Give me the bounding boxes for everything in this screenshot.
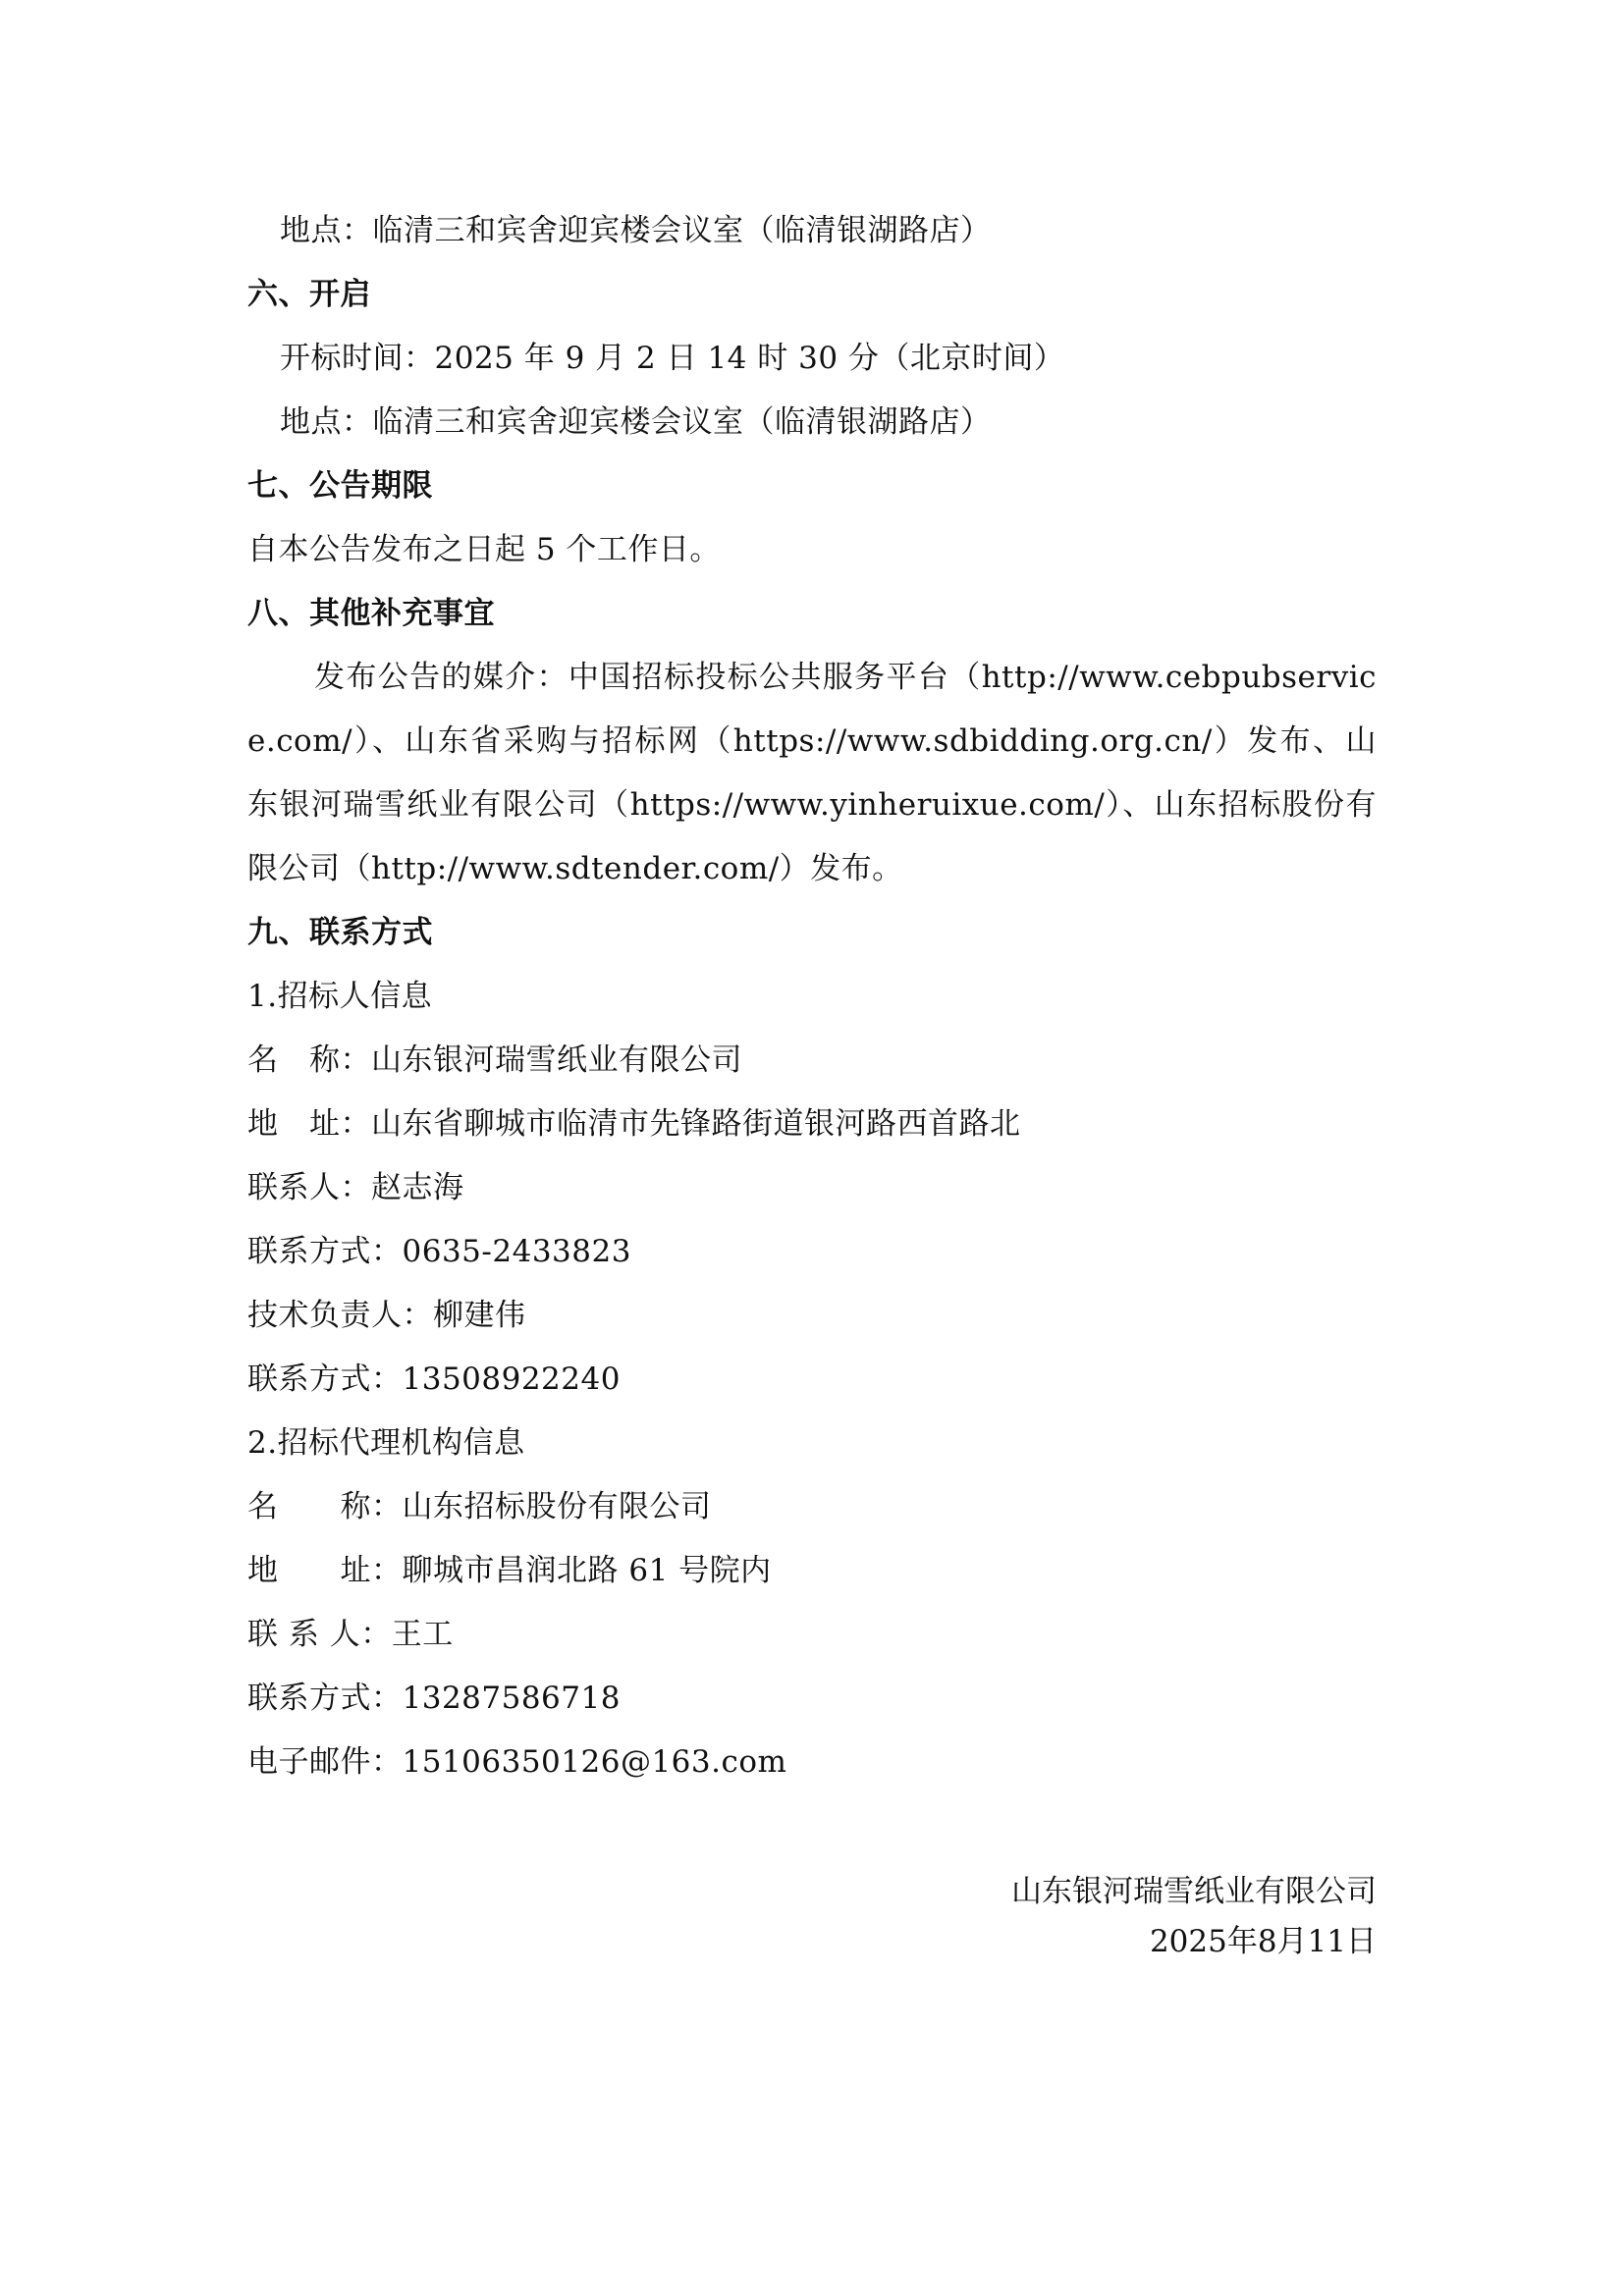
- tenderer-name: 名 称：山东银河瑞雪纸业有限公司: [247, 1029, 1377, 1093]
- media-paragraph-line-4: 限公司（http://www.sdtender.com/）发布。: [247, 837, 1377, 901]
- opening-time-line: 开标时间：2025 年 9 月 2 日 14 时 30 分（北京时间）: [280, 327, 1409, 391]
- section-9-heading: 九、联系方式: [247, 901, 1377, 965]
- agency-name: 名 称：山东招标股份有限公司: [247, 1475, 1377, 1539]
- tenderer-contact-phone: 联系方式：0635-2433823: [247, 1220, 1377, 1284]
- venue-location-line: 地点：临清三和宾舍迎宾楼会议室（临清银湖路店）: [280, 199, 1409, 263]
- section-8-heading: 八、其他补充事宜: [247, 582, 1377, 646]
- section-7-heading: 七、公告期限: [247, 454, 1377, 518]
- tenderer-address: 地 址：山东省聊城市临清市先锋路街道银河路西首路北: [247, 1093, 1377, 1156]
- media-paragraph-line-1: 发布公告的媒介：中国招标投标公共服务平台（http://www.cebpubse…: [314, 646, 1377, 710]
- document-page: 地点：临清三和宾舍迎宾楼会议室（临清银湖路店） 六、开启 开标时间：2025 年…: [0, 0, 1624, 2296]
- agency-contact-person: 联 系 人：王工: [247, 1603, 1377, 1667]
- signature-company: 山东银河瑞雪纸业有限公司: [1011, 1866, 1377, 1917]
- signature-date: 2025年8月11日: [1150, 1916, 1377, 1967]
- tenderer-tech-lead: 技术负责人：柳建伟: [247, 1284, 1377, 1348]
- section-6-heading: 六、开启: [247, 263, 1377, 327]
- tenderer-info-title: 1.招标人信息: [247, 965, 1377, 1029]
- agency-contact-phone: 联系方式：13287586718: [247, 1667, 1377, 1731]
- tenderer-contact-person: 联系人：赵志海: [247, 1156, 1377, 1220]
- tenderer-tech-phone: 联系方式：13508922240: [247, 1348, 1377, 1412]
- opening-location-line: 地点：临清三和宾舍迎宾楼会议室（临清银湖路店）: [280, 391, 1409, 454]
- agency-info-title: 2.招标代理机构信息: [247, 1412, 1377, 1475]
- notice-period-text: 自本公告发布之日起 5 个工作日。: [247, 518, 1377, 582]
- agency-email: 电子邮件：15106350126@163.com: [247, 1731, 1377, 1794]
- media-paragraph-line-2: e.com/）、山东省采购与招标网（https://www.sdbidding.…: [247, 710, 1377, 774]
- agency-address: 地 址：聊城市昌润北路 61 号院内: [247, 1539, 1377, 1603]
- media-paragraph-line-3: 东银河瑞雪纸业有限公司（https://www.yinheruixue.com/…: [247, 774, 1377, 837]
